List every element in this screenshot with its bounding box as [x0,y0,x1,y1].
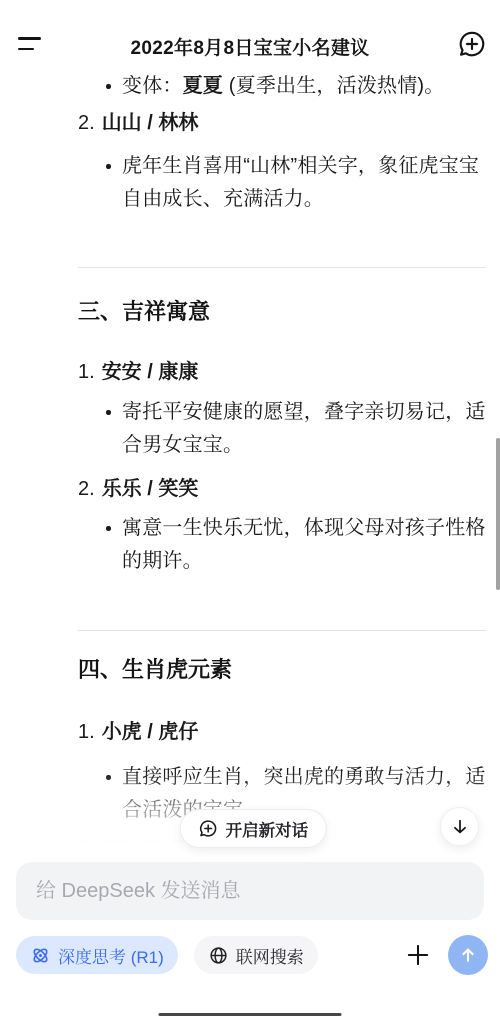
globe-icon [208,945,229,966]
composer-panel: 深度思考 (R1) 联网搜索 [0,858,500,1021]
deep-think-label: 深度思考 (R1) [58,943,164,968]
chat-plus-icon [198,818,219,839]
menu-icon[interactable] [18,37,42,53]
list-item-heading: 1.安安 / 康康 [78,357,486,387]
list-item-heading: 2.山山 / 林林 [78,108,486,138]
list-item-desc: 寄托平安健康的愿望，叠字亲切易记，适合男女宝宝。 [103,396,486,462]
scroll-down-button[interactable] [440,807,479,846]
home-indicator [159,1013,342,1016]
bullet-note: (夏季出生，活泼热情)。 [223,75,444,97]
new-chat-icon[interactable] [456,28,488,60]
item-title: 乐乐 / 笑笑 [102,478,199,500]
plus-icon [404,941,432,969]
bullet-variant: 变体：夏夏 (夏季出生，活泼热情)。 [103,70,486,103]
new-chat-button[interactable]: 开启新对话 [180,809,327,848]
bullet-label: 变体： [122,75,183,97]
composer-toolbar: 深度思考 (R1) 联网搜索 [16,936,318,974]
deepseek-chat-screen: 2022年8月8日宝宝小名建议 变体：夏夏 (夏季出生，活泼热情)。 2.山山 … [0,0,500,1021]
list-item-desc: 寓意一生快乐无忧，体现父母对孩子性格的期许。 [103,512,486,578]
web-search-toggle[interactable]: 联网搜索 [194,936,318,974]
web-search-label: 联网搜索 [236,943,304,968]
scrollbar-thumb[interactable] [496,438,500,590]
list-item-desc: 虎年生肖喜用“山林”相关字，象征虎宝宝自由成长、充满活力。 [103,150,486,216]
item-title: 安安 / 康康 [102,361,199,383]
new-chat-label: 开启新对话 [226,817,309,841]
item-number: 1. [78,361,95,383]
item-title: 小虎 / 虎仔 [102,721,199,743]
nickname-bold: 夏夏 [183,75,223,97]
arrow-down-icon [450,817,470,837]
message-input[interactable] [16,862,484,920]
item-title: 山山 / 林林 [102,112,199,134]
chat-title: 2022年8月8日宝宝小名建议 [50,33,450,60]
section-divider [78,630,486,631]
list-item-heading: 2.乐乐 / 笑笑 [78,474,486,504]
arrow-up-icon [458,945,478,965]
attach-button[interactable] [403,940,433,970]
section-heading: 四、生肖虎元素 [78,654,486,686]
list-item-heading: 1.小虎 / 虎仔 [78,717,486,747]
atom-icon [30,945,51,966]
item-number: 2. [78,478,95,500]
section-heading: 三、吉祥寓意 [78,296,486,328]
top-bar: 2022年8月8日宝宝小名建议 [0,0,500,64]
deep-think-toggle[interactable]: 深度思考 (R1) [16,936,178,974]
item-number: 2. [78,112,95,134]
send-button[interactable] [448,935,488,975]
section-divider [78,267,486,268]
item-number: 1. [78,721,95,743]
